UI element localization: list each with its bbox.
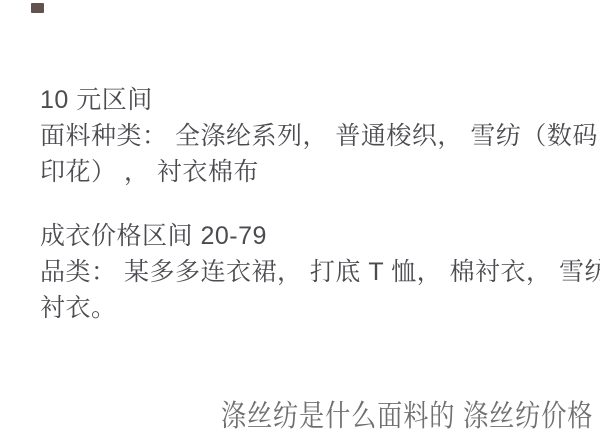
watermark-caption: 涤丝纺是什么面料的 涤丝纺价格 <box>221 391 593 432</box>
garment-price-range-line: 成衣价格区间 20-79 <box>40 218 600 254</box>
corner-artifact-mark <box>31 3 44 13</box>
category-line-continued: 衬衣。 <box>40 290 600 326</box>
note-page: 10 元区间 面料种类： 全涤纶系列， 普通梭织， 雪纺（数码 印花） ， 衬衣… <box>0 0 600 432</box>
price-range-10-section: 10 元区间 面料种类： 全涤纶系列， 普通梭织， 雪纺（数码 印花） ， 衬衣… <box>40 82 598 190</box>
section-title: 10 元区间 <box>40 82 598 118</box>
category-line: 品类： 某多多连衣裙， 打底 T 恤， 棉衬衣， 雪纺 <box>40 254 600 290</box>
garment-price-section: 成衣价格区间 20-79 品类： 某多多连衣裙， 打底 T 恤， 棉衬衣， 雪纺… <box>40 218 600 326</box>
fabric-types-line: 面料种类： 全涤纶系列， 普通梭织， 雪纺（数码 <box>40 118 598 154</box>
fabric-types-line-continued: 印花） ， 衬衣棉布 <box>40 154 598 190</box>
